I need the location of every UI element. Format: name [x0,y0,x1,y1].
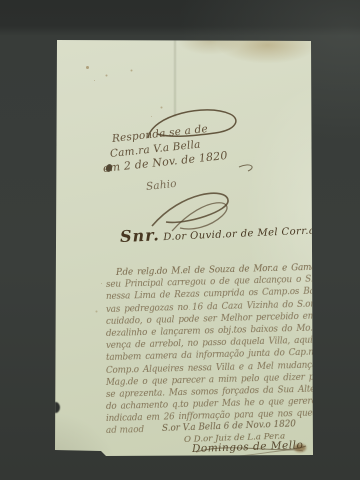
rubric-flourish-1 [152,193,228,226]
foxing-specks [86,66,89,69]
paper-crease [174,39,176,117]
salutation-line: Snr. D.or Ouvid.or de Mel Corr.a [120,218,316,245]
date-tail-flourish [239,165,252,171]
salutation-addressee: D.or Ouvid.or de Mel Corr.a [160,225,316,243]
docket-line-4: Sahio [145,178,177,193]
manuscript-paper: Responda se a de Cam.ra V.a Bella em 2 d… [54,39,314,457]
signature: Domingos de Mello [192,439,304,455]
body-last-line: ad maod [106,425,144,436]
salutation-honorific: Snr. [120,225,161,246]
